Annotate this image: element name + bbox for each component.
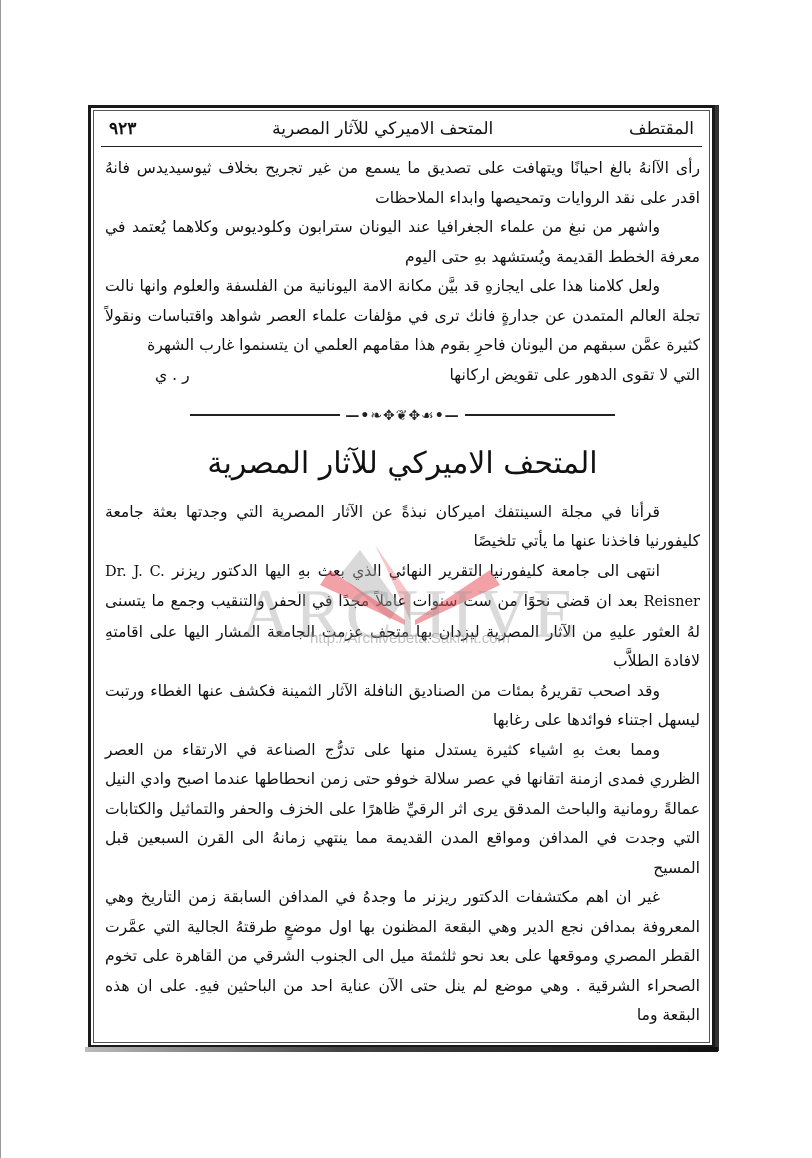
article-paragraph-1: قرأنا في مجلة السينتفك اميركان نبذةً عن … [105, 498, 700, 557]
page-number: ٩٢٣ [101, 119, 136, 139]
prev-article-paragraph-2: واشهر من نبغ من علماء الجغرافيا عند اليو… [105, 213, 700, 272]
prev-article-paragraph-3: ولعل كلامنا هذا على ايجازهِ قد بيَّن مكا… [105, 272, 700, 361]
page-header: ٩٢٣ المتحف الاميركي للآثار المصرية المقت… [101, 112, 702, 147]
scan-left-edge [0, 0, 1, 1158]
prev-article-last-line: التي لا تقوى الدهور على تقويض اركانها [450, 361, 701, 391]
running-title: المتحف الاميركي للآثار المصرية [272, 119, 493, 139]
prev-article-paragraph-1: رأى الآانهُ بالغ احيانًا ويتهافت على تصد… [105, 154, 700, 213]
ornament-rule-right [465, 414, 615, 416]
article-paragraph-2: انتهى الى جامعة كليفورنيا التقرير النهائ… [105, 557, 700, 677]
paragraph-2-end: بعد ان قضى نحوًا من ست سنوات عاملاً مجدً… [105, 592, 700, 670]
journal-name: المقتطف [629, 119, 702, 139]
article-title: المتحف الاميركي للآثار المصرية [105, 438, 700, 490]
page-frame: ٩٢٣ المتحف الاميركي للآثار المصرية المقت… [88, 105, 715, 1048]
page-content: رأى الآانهُ بالغ احيانًا ويتهافت على تصد… [105, 154, 700, 1031]
author-signature: ر . ي [105, 361, 190, 391]
section-divider-ornament: —•❧✥❦✥☙•— [105, 402, 700, 432]
article-paragraph-4: ومما بعث بهِ اشياء كثيرة يستدل منها على … [105, 736, 700, 884]
article-paragraph-5: غير ان اهم مكتشفات الدكتور ريزنر ما وجده… [105, 883, 700, 1031]
ornament-glyph: —•❧✥❦✥☙•— [345, 408, 459, 424]
ornament-rule-left [190, 414, 340, 416]
paragraph-2-start: انتهى الى جامعة كليفورنيا التقرير النهائ… [172, 562, 660, 580]
prev-article-closing: التي لا تقوى الدهور على تقويض اركانها ر … [105, 361, 700, 391]
article-paragraph-3: وقد اصحب تقريرهُ بمئات من الصناديق الناف… [105, 677, 700, 736]
